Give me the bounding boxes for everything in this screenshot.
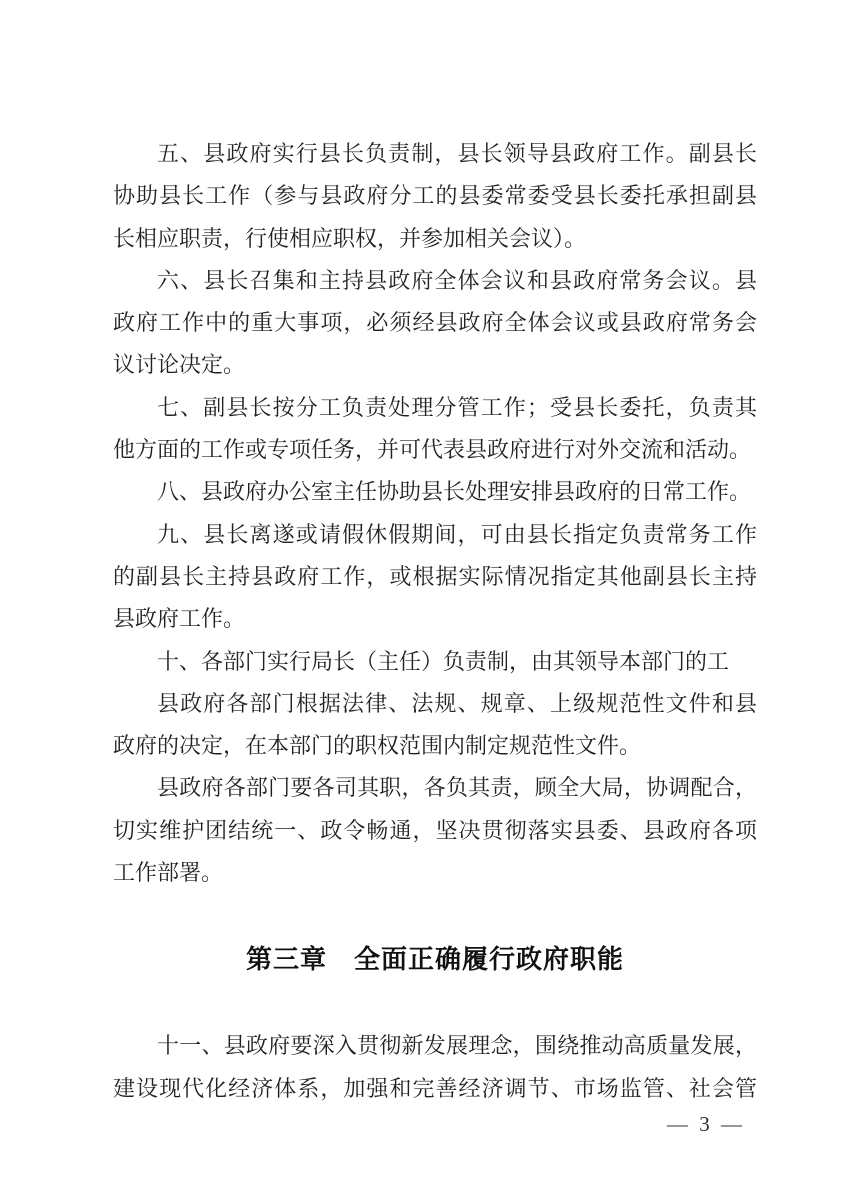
page-number: — 3 — — [667, 1112, 745, 1137]
body-text-block: 五、县政府实行县长负责制，县长领导县政府工作。副县长协助县长工作（参与县政府分工… — [113, 133, 757, 894]
text-line: 六、县长召集和主持县政府全体会议和县政府常务会议。县 — [113, 260, 757, 302]
text-line: 工作部署。 — [113, 852, 757, 894]
text-line: 九、县长离遂或请假休假期间，可由县长指定负责常务工作 — [113, 514, 757, 556]
text-line: 长相应职责，行使相应职权，并参加相关会议）。 — [113, 218, 757, 260]
text-line: 政府的决定，在本部门的职权范围内制定规范性文件。 — [113, 725, 757, 767]
text-line: 协助县长工作（参与县政府分工的县委常委受县长委托承担副县 — [113, 175, 757, 217]
chapter-heading: 第三章 全面正确履行政府职能 — [113, 937, 757, 981]
text-line: 十、各部门实行局长（主任）负责制，由其领导本部门的工作。 — [113, 641, 757, 683]
text-line: 八、县政府办公室主任协助县长处理安排县政府的日常工作。 — [113, 471, 757, 513]
text-line: 五、县政府实行县长负责制，县长领导县政府工作。副县长 — [113, 133, 757, 175]
text-line: 他方面的工作或专项任务，并可代表县政府进行对外交流和活动。 — [113, 429, 757, 471]
post-heading-text-block: 十一、县政府要深入贯彻新发展理念，围绕推动高质量发展，建设现代化经济体系，加强和… — [113, 1025, 757, 1110]
text-line: 县政府工作。 — [113, 598, 757, 640]
text-line: 县政府各部门根据法律、法规、规章、上级规范性文件和县 — [113, 683, 757, 725]
text-line: 切实维护团结统一、政令畅通，坚决贯彻落实县委、县政府各项 — [113, 810, 757, 852]
text-line: 议讨论决定。 — [113, 344, 757, 386]
document-body: 五、县政府实行县长负责制，县长领导县政府工作。副县长协助县长工作（参与县政府分工… — [113, 133, 757, 1110]
document-page: 五、县政府实行县长负责制，县长领导县政府工作。副县长协助县长工作（参与县政府分工… — [0, 0, 850, 1200]
text-line: 七、副县长按分工负责处理分管工作；受县长委托，负责其 — [113, 387, 757, 429]
text-line: 建设现代化经济体系，加强和完善经济调节、市场监管、社会管 — [113, 1068, 757, 1110]
text-line: 县政府各部门要各司其职，各负其责，顾全大局，协调配合， — [113, 767, 757, 809]
text-line: 政府工作中的重大事项，必须经县政府全体会议或县政府常务会 — [113, 302, 757, 344]
text-line: 的副县长主持县政府工作，或根据实际情况指定其他副县长主持 — [113, 556, 757, 598]
text-line: 十一、县政府要深入贯彻新发展理念，围绕推动高质量发展， — [113, 1025, 757, 1067]
